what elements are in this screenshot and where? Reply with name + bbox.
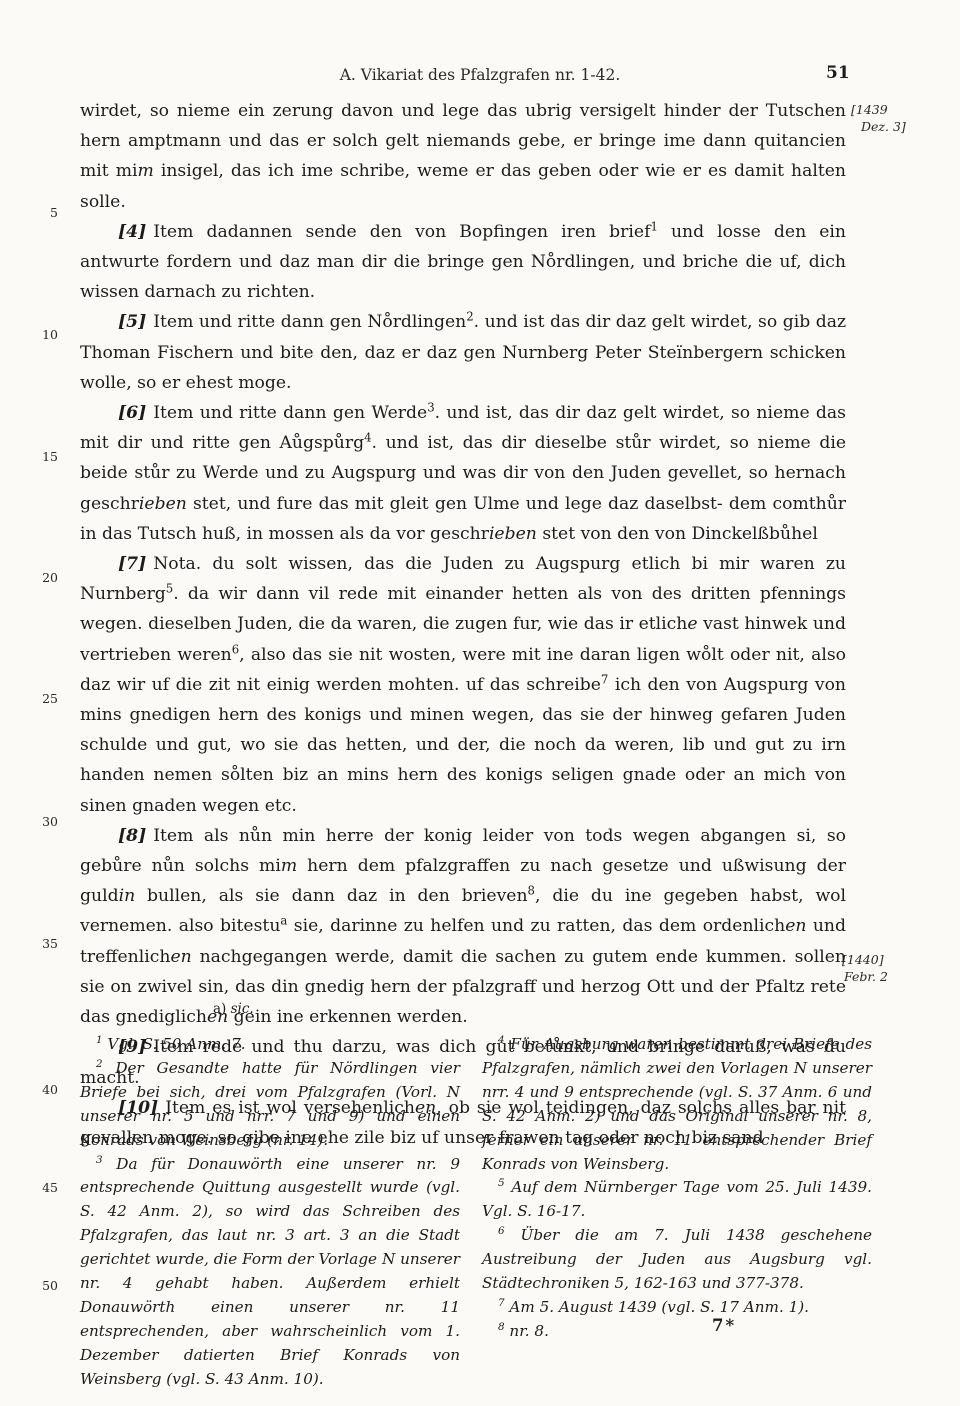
paragraph-8: [8]Item als nůn min herre der konig leid… — [80, 821, 846, 1032]
footnote-2: 2 Der Gesandte hatte für Nördlingen vier… — [80, 1057, 460, 1153]
article-number: [5] — [118, 312, 146, 332]
margin-date-note-1439: [1439 Dez. 3] — [851, 101, 956, 135]
footnote-number: 4 — [498, 1034, 505, 1046]
margin-note-line: Dez. 3] — [851, 118, 956, 135]
footnote-number: 3 — [96, 1153, 103, 1165]
footnote-text: Über die am 7. Juli 1438 geschehene Aust… — [482, 1226, 872, 1292]
margin-note-line: [1440] — [842, 952, 884, 967]
line-number: 30 — [30, 814, 58, 829]
running-title: A. Vikariat des Pfalzgrafen nr. 1-42. — [0, 66, 960, 84]
page-number: 51 — [826, 63, 850, 83]
footnote-text: Vgl. S. 50 Anm. 7. — [107, 1035, 245, 1053]
footnote-text: Auf dem Nürnberger Tage vom 25. Juli 143… — [482, 1178, 872, 1220]
margin-note-line: [1439 — [851, 102, 888, 117]
footnote-3: 3 Da für Donauwörth eine unserer nr. 9 e… — [80, 1153, 460, 1392]
footnote-column-right: 4 Für Augsburg waren bestimmt drei Brief… — [482, 1033, 872, 1392]
line-number: 35 — [30, 936, 58, 951]
paragraph-5: [5]Item und ritte dann gen No̊rdlingen2.… — [80, 307, 846, 398]
line-number: 10 — [30, 327, 58, 342]
margin-note-line: Febr. 2 — [842, 968, 947, 985]
footnote-number: 8 — [498, 1321, 505, 1333]
footnote-number: 5 — [498, 1177, 505, 1189]
paragraph-7: [7]Nota. du solt wissen, das die Juden z… — [80, 549, 846, 821]
footnote-8: 8 nr. 8. — [482, 1320, 872, 1344]
paragraph-continuation: wirdet, so nieme ein zerung davon und le… — [80, 96, 846, 217]
footnote-text: Am 5. August 1439 (vgl. S. 17 Anm. 1). — [509, 1298, 809, 1316]
apparatus-note: a) sic. — [213, 1001, 254, 1017]
paragraph-4: [4]Item dadannen sende den von Bopfingen… — [80, 217, 846, 308]
line-number: 25 — [30, 691, 58, 706]
line-number: 5 — [30, 205, 58, 220]
footnote-text: Da für Donauwörth eine unserer nr. 9 ent… — [80, 1155, 460, 1388]
footnote-column-left: 1 Vgl. S. 50 Anm. 7. 2 Der Gesandte hatt… — [80, 1033, 460, 1392]
line-number: 50 — [30, 1278, 58, 1293]
margin-date-note-1440: [1440] Febr. 2 — [842, 951, 947, 985]
article-number: [4] — [118, 222, 146, 242]
footnote-text: nr. 8. — [509, 1322, 549, 1340]
book-page: A. Vikariat des Pfalzgrafen nr. 1-42. 51… — [0, 0, 960, 1406]
paragraph-text: wirdet, so nieme ein zerung davon und le… — [80, 101, 846, 212]
paragraph-text: Item als nůn min herre der konig leider … — [80, 826, 846, 1027]
paragraph-6: [6]Item und ritte dann gen Werde3. und i… — [80, 398, 846, 549]
footnote-text: Für Augsburg waren bestimmt drei Briefe … — [482, 1035, 872, 1173]
footnote-number: 7 — [498, 1297, 505, 1309]
article-number: [7] — [118, 554, 146, 574]
apparatus-text: sic. — [231, 1001, 254, 1017]
footnote-number: 2 — [96, 1058, 103, 1070]
footnote-5: 5 Auf dem Nürnberger Tage vom 25. Juli 1… — [482, 1176, 872, 1224]
paragraph-text: Nota. du solt wissen, das die Juden zu A… — [80, 554, 846, 816]
footnote-6: 6 Über die am 7. Juli 1438 geschehene Au… — [482, 1224, 872, 1296]
footnote-number: 1 — [96, 1034, 103, 1046]
line-number: 40 — [30, 1082, 58, 1097]
apparatus-label: a) — [213, 1001, 226, 1017]
footnote-number: 6 — [498, 1225, 505, 1237]
main-text: wirdet, so nieme ein zerung davon und le… — [80, 96, 846, 1153]
line-number: 20 — [30, 570, 58, 585]
footnote-1: 1 Vgl. S. 50 Anm. 7. — [80, 1033, 460, 1057]
footnote-text: Der Gesandte hatte für Nördlingen vier B… — [80, 1059, 460, 1149]
article-number: [8] — [118, 826, 146, 846]
line-number: 45 — [30, 1180, 58, 1195]
article-number: [6] — [118, 403, 146, 423]
footnote-4: 4 Für Augsburg waren bestimmt drei Brief… — [482, 1033, 872, 1176]
line-number: 15 — [30, 449, 58, 464]
sheet-signature: 7* — [712, 1316, 736, 1335]
paragraph-text: Item und ritte dann gen No̊rdlingen2. un… — [80, 312, 846, 392]
footnote-7: 7 Am 5. August 1439 (vgl. S. 17 Anm. 1). — [482, 1296, 872, 1320]
paragraph-text: Item dadannen sende den von Bopfingen ir… — [80, 222, 846, 302]
paragraph-text: Item und ritte dann gen Werde3. und ist,… — [80, 403, 846, 544]
footnotes: 1 Vgl. S. 50 Anm. 7. 2 Der Gesandte hatt… — [80, 1033, 872, 1392]
